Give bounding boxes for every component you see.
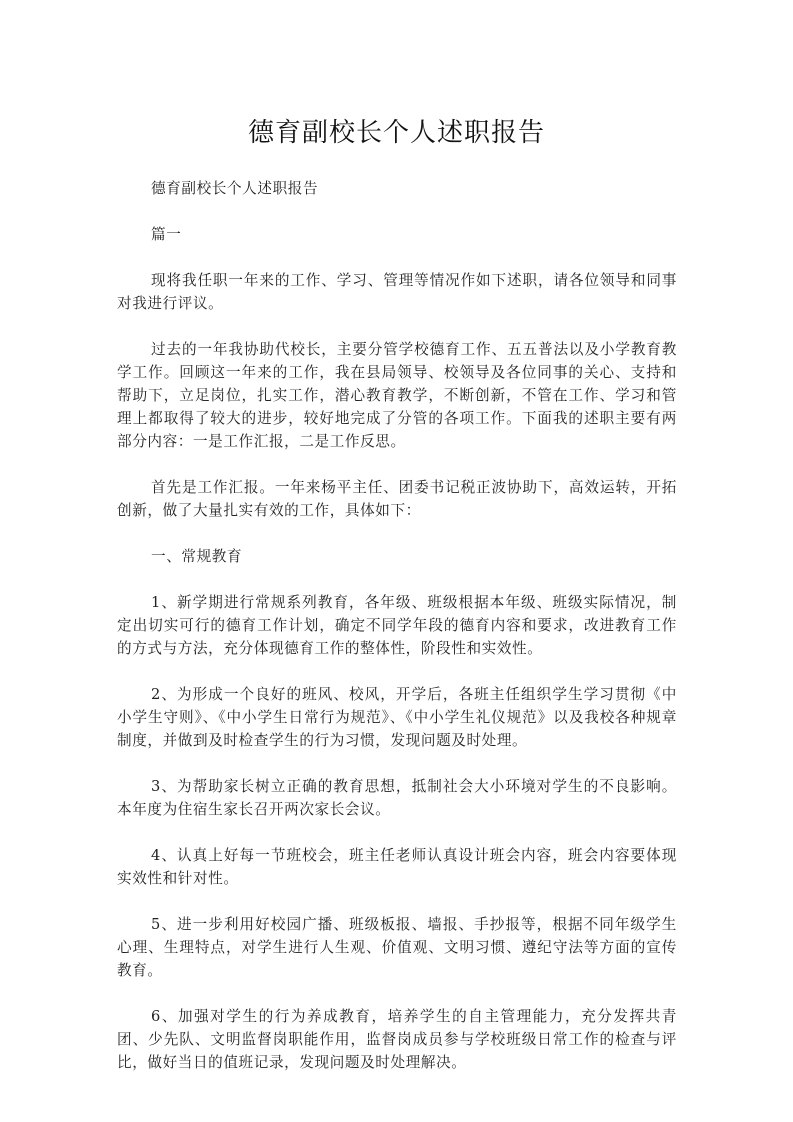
list-item-1: 1、新学期进行常规系列教育，各年级、班级根据本年级、班级实际情况，制定出切实可行…: [117, 591, 677, 660]
intro-paragraph: 现将我任职一年来的工作、学习、管理等情况作如下述职，请各位领导和同事对我进行评议…: [117, 269, 677, 315]
list-item-4: 4、认真上好每一节班校会，班主任老师认真设计班会内容，班会内容要体现实效性和针对…: [117, 844, 677, 890]
document-body: 德育副校长个人述职报告 篇一 现将我任职一年来的工作、学习、管理等情况作如下述职…: [117, 177, 677, 1097]
list-item-5: 5、进一步利用好校园广播、班级板报、墙报、手抄报等，根据不同年级学生心理、生理特…: [117, 913, 677, 982]
section-heading-routine-education: 一、常规教育: [117, 545, 677, 568]
subtitle-paragraph: 德育副校长个人述职报告: [117, 177, 677, 200]
section-label: 篇一: [117, 223, 677, 246]
list-item-3: 3、为帮助家长树立正确的教育思想，抵制社会大小环境对学生的不良影响。本年度为住宿…: [117, 775, 677, 821]
list-item-2: 2、为形成一个良好的班风、校风，开学后，各班主任组织学生学习贯彻《中小学生守则》…: [117, 683, 677, 752]
work-report-paragraph: 首先是工作汇报。一年来杨平主任、团委书记税正波协助下，高效运转，开拓创新，做了大…: [117, 476, 677, 522]
review-paragraph: 过去的一年我协助代校长，主要分管学校德育工作、五五普法以及小学教育教学工作。回顾…: [117, 338, 677, 453]
list-item-6: 6、加强对学生的行为养成教育，培养学生的自主管理能力，充分发挥共青团、少先队、文…: [117, 1005, 677, 1074]
document-page: 德育副校长个人述职报告 德育副校长个人述职报告 篇一 现将我任职一年来的工作、学…: [0, 0, 793, 1122]
document-title: 德育副校长个人述职报告: [0, 115, 793, 151]
